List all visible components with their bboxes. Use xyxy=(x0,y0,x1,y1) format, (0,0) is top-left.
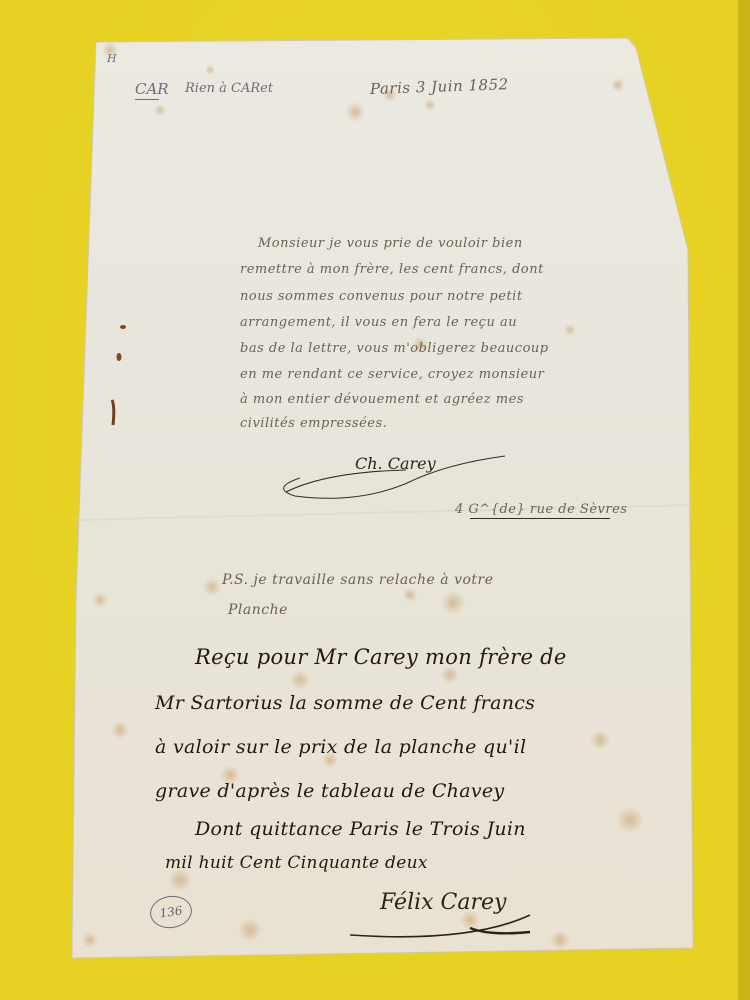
receipt-line-6: mil huit Cent Cinquante deux xyxy=(165,853,428,873)
letter-body-line-1: Monsieur je vous prie de vouloir bien xyxy=(258,236,523,251)
receipt-line-4: grave d'après le tableau de Chavey xyxy=(155,780,504,802)
archive-note: Rien à CARet xyxy=(185,81,273,96)
receipt-line-5: Dont quittance Paris le Trois Juin xyxy=(195,818,526,840)
letter-body-line-7: à mon entier dévouement et agréez mes xyxy=(240,392,524,407)
receipt-line-2: Mr Sartorius la somme de Cent francs xyxy=(155,692,535,714)
postscript-line-2: Planche xyxy=(228,602,288,618)
letter-body-line-6: en me rendant ce service, croyez monsieu… xyxy=(240,367,544,382)
letter-address: 4 G^{de} rue de Sèvres xyxy=(455,502,627,517)
letter-signature: Ch. Carey xyxy=(355,454,436,473)
archive-code: CAR xyxy=(135,80,169,98)
letter-body-line-5: bas de la lettre, vous m'obligerez beauc… xyxy=(240,341,549,356)
letter-body-line-4: arrangement, il vous en fera le reçu au xyxy=(240,315,517,330)
address-underline xyxy=(470,518,610,519)
receipt-line-1: Reçu pour Mr Carey mon frère de xyxy=(195,645,567,669)
letter-body-line-3: nous sommes convenus pour notre petit xyxy=(240,289,523,304)
letter-body-line-8: civilités empressées. xyxy=(240,416,387,431)
letter-sheet: H CAR Rien à CARet Paris 3 Juin 1852 Mon… xyxy=(0,0,750,1000)
postscript-line-1: P.S. je travaille sans relache à votre xyxy=(222,572,494,588)
receipt-signature: Félix Carey xyxy=(380,890,506,915)
paper-shape xyxy=(0,0,750,1000)
corner-mark: H xyxy=(107,52,117,65)
archive-code-underline xyxy=(135,99,159,100)
receipt-line-3: à valoir sur le prix de la planche qu'il xyxy=(155,736,526,758)
letter-body-line-2: remettre à mon frère, les cent francs, d… xyxy=(240,262,544,277)
